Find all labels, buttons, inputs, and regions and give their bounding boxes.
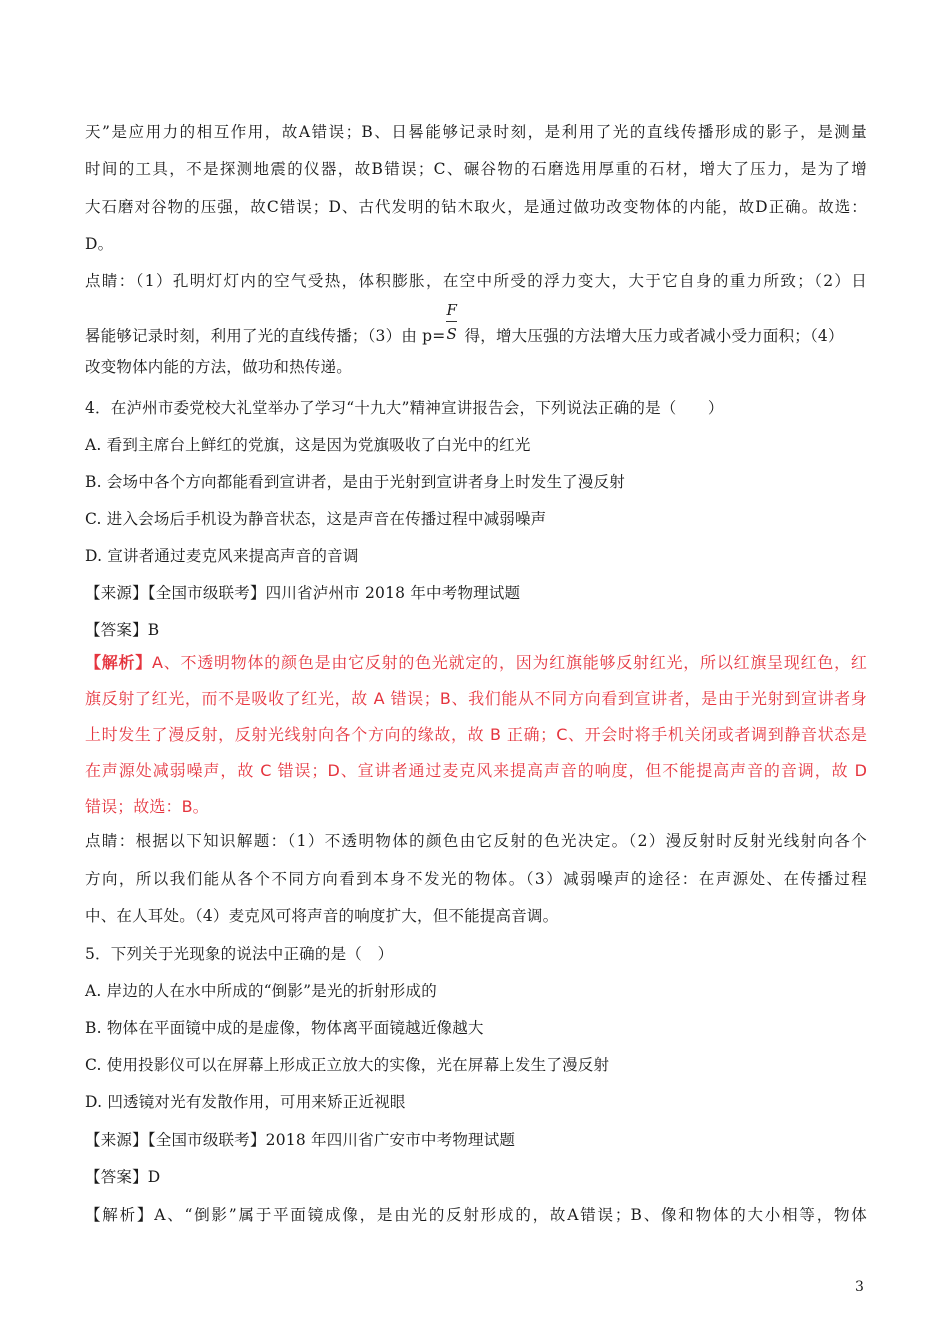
q5-option-c: C. 使用投影仪可以在屏幕上形成正立放大的实像，光在屏幕上发生了漫反射 <box>85 1054 867 1076</box>
q4-option-b: B. 会场中各个方向都能看到宣讲者，是由于光射到宣讲者身上时发生了漫反射 <box>85 471 867 493</box>
q3-analysis-line-1: 天”是应用力的相互作用，故A错误；B、日晷能够记录时刻，是利用了光的直线传播形成… <box>85 121 867 143</box>
analysis-tag: 【解析】 <box>85 653 152 672</box>
page-number: 3 <box>855 1279 864 1295</box>
formula-numerator: F <box>446 299 457 321</box>
q4-stem: 4．在泸州市委党校大礼堂举办了学习“十九大”精神宣讲报告会，下列说法正确的是（ … <box>85 397 867 419</box>
q3-analysis-line-4: D。 <box>85 233 867 255</box>
q4-option-a: A. 看到主席台上鲜红的党旗，这是因为党旗吸收了白光中的红光 <box>85 434 867 456</box>
q4-analysis-line-2: 旗反射了红光，而不是吸收了红光，故 A 错误；B、我们能从不同方向看到宣讲者，是… <box>85 688 867 710</box>
formula-denominator: S <box>446 323 456 345</box>
q5-analysis-line-1: 【解析】A、“倒影”属于平面镜成像，是由光的反射形成的，故A错误；B、像和物体的… <box>85 1204 867 1226</box>
q5-option-d: D. 凹透镜对光有发散作用，可用来矫正近视眼 <box>85 1091 867 1113</box>
q4-tip-line-1: 点睛：根据以下知识解题：（1）不透明物体的颜色由它反射的色光决定。（2）漫反射时… <box>85 830 867 852</box>
q5-source: 【来源】【全国市级联考】2018 年四川省广安市中考物理试题 <box>85 1129 867 1151</box>
q4-option-c: C. 进入会场后手机设为静音状态，这是声音在传播过程中减弱噪声 <box>85 508 867 530</box>
q4-tip-line-3: 中、在人耳处。（4）麦克风可将声音的响度扩大，但不能提高音调。 <box>85 905 867 927</box>
q5-option-b: B. 物体在平面镜中成的是虚像，物体离平面镜越近像越大 <box>85 1017 867 1039</box>
q3-tip-line-2-before: 晷能够记录时刻，利用了光的直线传播；（3）由 p= <box>85 327 445 345</box>
q4-option-d: D. 宣讲者通过麦克风来提高声音的音调 <box>85 545 867 567</box>
q4-analysis-line-3: 上时发生了漫反射，反射光线射向各个方向的缘故，故 B 正确；C、开会时将手机关闭… <box>85 724 867 746</box>
q4-analysis-line-4: 在声源处减弱噪声，故 C 错误；D、宣讲者通过麦克风来提高声音的响度，但不能提高… <box>85 760 867 782</box>
q4-answer: 【答案】B <box>85 619 867 641</box>
q5-stem: 5．下列关于光现象的说法中正确的是（ ） <box>85 943 867 965</box>
document-page: 天”是应用力的相互作用，故A错误；B、日晷能够记录时刻，是利用了光的直线传播形成… <box>0 0 950 1344</box>
q4-source: 【来源】【全国市级联考】四川省泸州市 2018 年中考物理试题 <box>85 582 867 604</box>
q5-answer: 【答案】D <box>85 1166 867 1188</box>
pressure-formula: FS <box>445 325 459 347</box>
q4-analysis-line-5: 错误；故选：B。 <box>85 796 867 818</box>
q3-tip-line-3: 改变物体内能的方法，做功和热传递。 <box>85 356 867 378</box>
q4-tip-line-2: 方向，所以我们能从各个不同方向看到本身不发光的物体。（3）减弱噪声的途径：在声源… <box>85 868 867 890</box>
q5-option-a: A. 岸边的人在水中所成的“倒影”是光的折射形成的 <box>85 980 867 1002</box>
q3-analysis-line-3: 大石磨对谷物的压强，故C错误；D、古代发明的钻木取火，是通过做功改变物体的内能，… <box>85 196 867 218</box>
q4-analysis-line-1: 【解析】A、不透明物体的颜色是由它反射的色光就定的，因为红旗能够反射红光，所以红… <box>85 652 867 674</box>
q3-tip-line-1: 点睛：（1）孔明灯灯内的空气受热，体积膨胀，在空中所受的浮力变大，大于它自身的重… <box>85 270 867 292</box>
fraction-bar <box>446 321 457 322</box>
q3-analysis-line-2: 时间的工具，不是探测地震的仪器，故B错误；C、碾谷物的石磨选用厚重的石材，增大了… <box>85 158 867 180</box>
q3-tip-line-2-after: 得，增大压强的方法增大压力或者减小受力面积；（4） <box>459 327 843 345</box>
q3-tip-line-2: 晷能够记录时刻，利用了光的直线传播；（3）由 p=FS 得，增大压强的方法增大压… <box>85 325 867 347</box>
